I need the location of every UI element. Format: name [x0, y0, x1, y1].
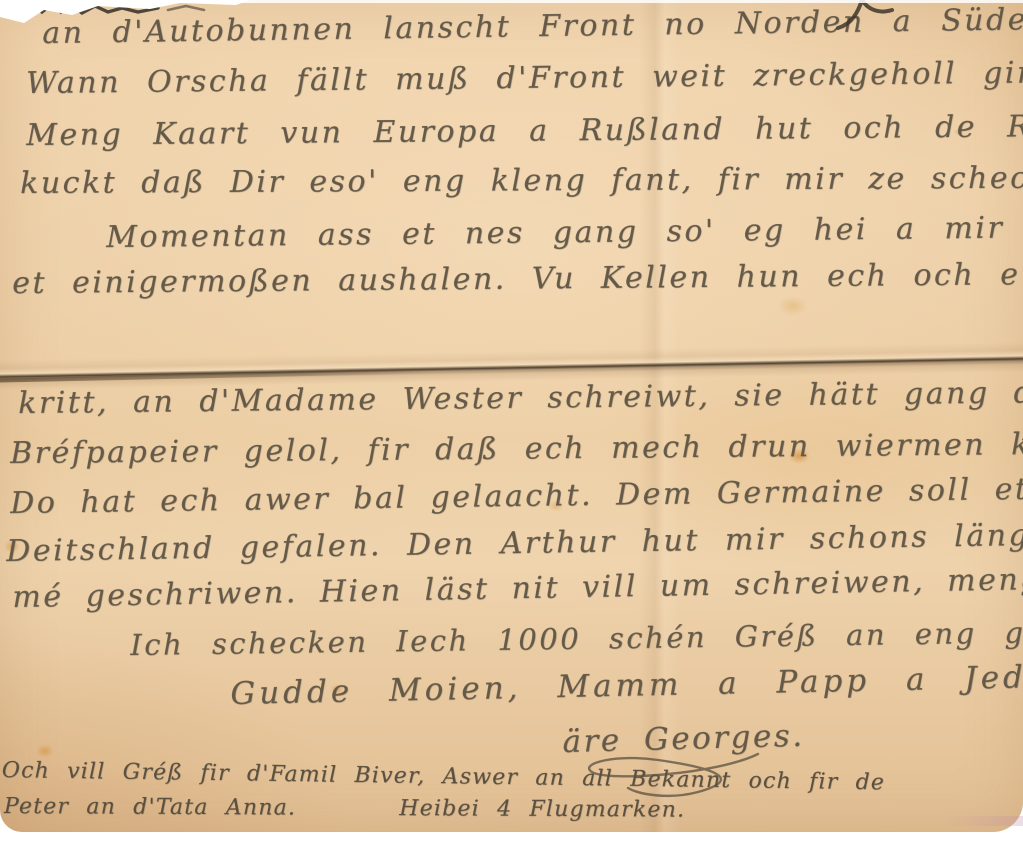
postscript-line-2: Peter an d'Tata Anna. Heibei 4 Flugmarke…	[4, 794, 685, 823]
cutoff-letter-stroke	[828, 0, 898, 34]
signature-flourish	[548, 748, 778, 798]
scan-top-edge	[230, 0, 1023, 3]
letter-scan-paper: an d'Autobunnen lanscht Front no Norden …	[0, 0, 1023, 832]
handwritten-line-4: kuckt daß Dir eso' eng kleng fant, fir m…	[20, 160, 1023, 201]
scan-artifact	[943, 816, 1023, 826]
paper-stain	[36, 744, 54, 758]
paper-stain	[778, 296, 808, 316]
